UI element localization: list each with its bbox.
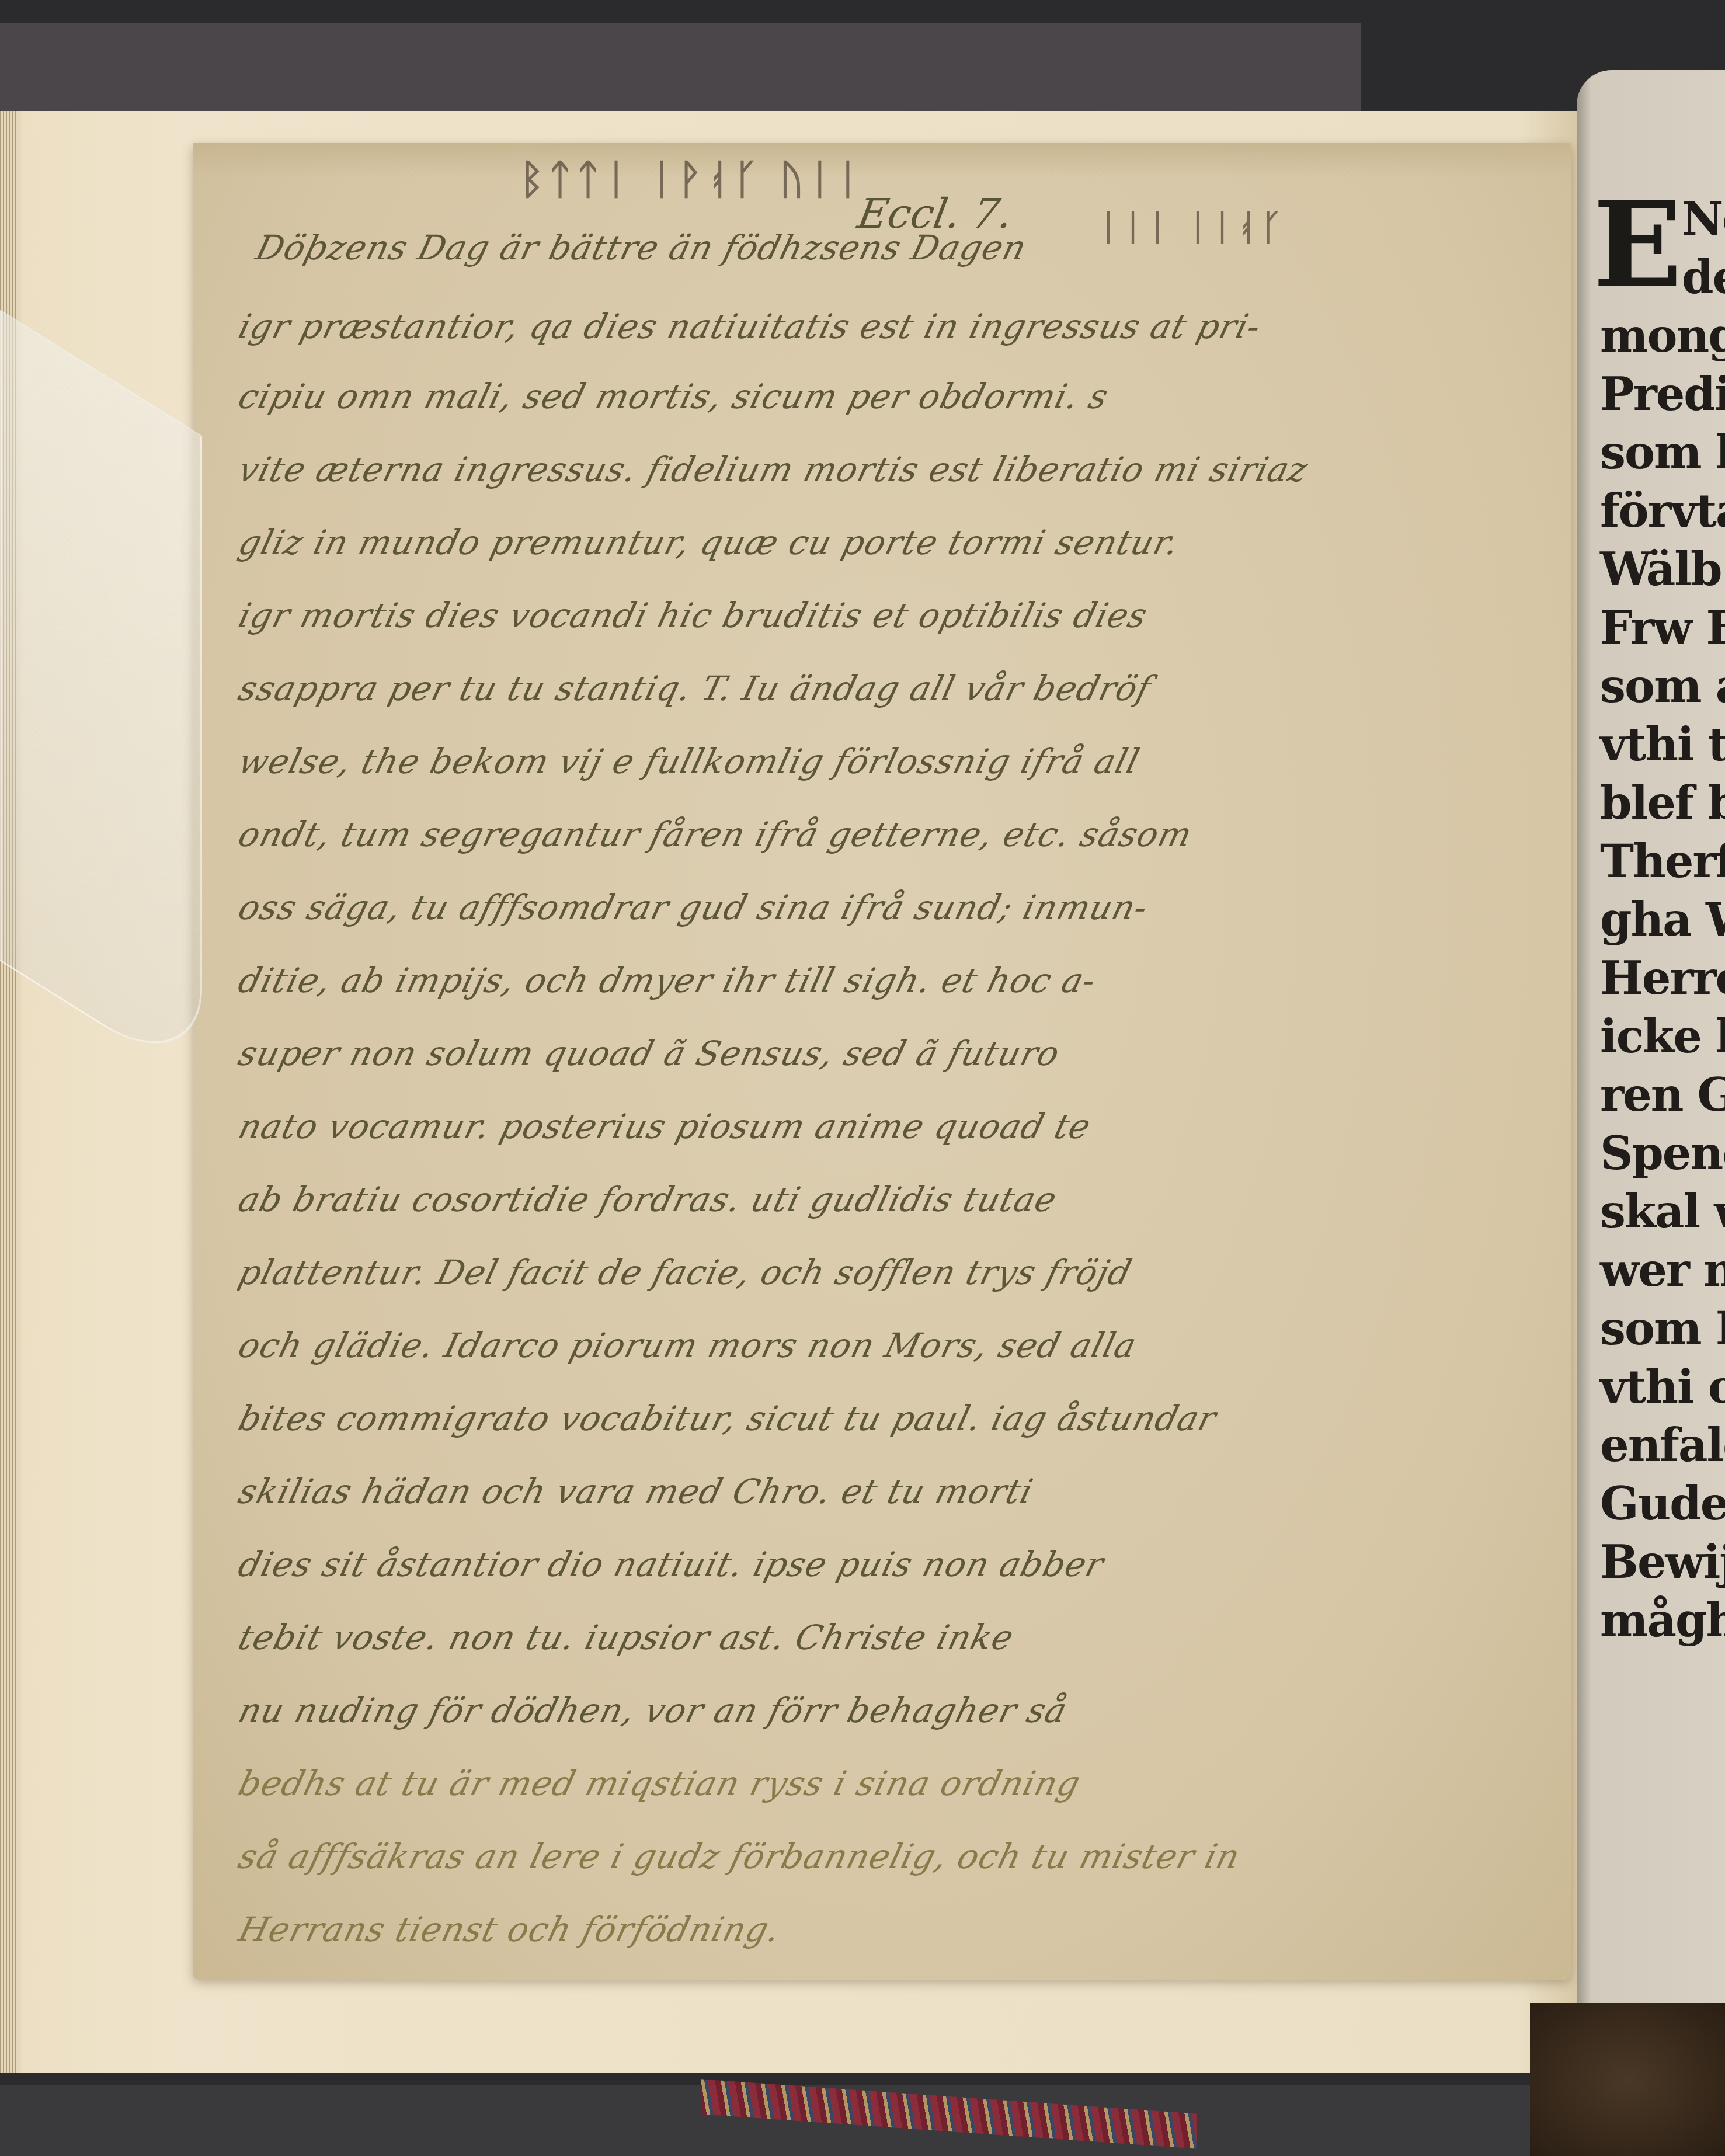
fraktur-line-22: enfaldig	[1600, 1419, 1725, 1472]
manuscript-line-20: tebit voste. non tu. iupsior ast. Christ…	[235, 1621, 1540, 1654]
fraktur-line-16: ren Gud	[1600, 1069, 1725, 1122]
fraktur-line-18: skal war	[1600, 1185, 1725, 1239]
manuscript-line-6: igr mortis dies vocandi hic bruditis et …	[235, 599, 1540, 632]
fraktur-line-20: som En	[1600, 1302, 1725, 1355]
fraktur-line-4: Prediknin	[1600, 368, 1725, 421]
transparent-page-clip	[0, 310, 202, 1087]
manuscript-line-4: vite æterna ingressus. fidelium mortis e…	[235, 453, 1540, 486]
fraktur-line-3: monge Hö	[1600, 310, 1725, 363]
fraktur-line-15: icke kunn	[1600, 1010, 1725, 1063]
fraktur-line-6: förvtan:	[1600, 485, 1725, 538]
fraktur-line-7: Wälb: G	[1600, 543, 1725, 596]
fraktur-line-1: Nd	[1682, 193, 1725, 246]
fraktur-line-25: måghe b	[1600, 1594, 1725, 1647]
manuscript-line-7: ssappra per tu tu stantiq. T. Iu ändag a…	[235, 672, 1540, 705]
fraktur-line-23: Gudelig	[1600, 1477, 1725, 1531]
manuscript-line-10: oss säga, tu afffsomdrar gud sina ifrå s…	[235, 891, 1540, 924]
manuscript-line-13: nato vocamur. posterius piosum anime quo…	[235, 1110, 1540, 1143]
fraktur-line-12: Therföre	[1600, 835, 1725, 888]
fraktur-line-11: blef bedh	[1600, 777, 1725, 830]
manuscript-line-23: så afffsäkras an lere i gudz förbannelig…	[235, 1839, 1540, 1873]
leather-binding-corner	[1530, 2003, 1725, 2156]
fraktur-line-10: vthi then	[1600, 718, 1725, 771]
bleed-through-text-top: ᛒᛏᛏᛁ ᛁᚹᚮᚴ ᚢᛁᛁ	[520, 155, 864, 203]
fraktur-line-8: Frw BR	[1600, 601, 1725, 655]
manuscript-line-11: ditie, ab impijs, och dmyer ihr till sig…	[235, 964, 1540, 997]
manuscript-line-19: dies sit åstantior dio natiuit. ipse pui…	[235, 1548, 1540, 1581]
manuscript-line-5: gliz in mundo premuntur, quæ cu porte to…	[235, 526, 1540, 559]
fraktur-line-21: vthi offe	[1600, 1361, 1725, 1414]
facing-printed-page: E Nd der monge Hö Prediknin som lust h f…	[1577, 70, 1725, 2091]
fraktur-line-2: der	[1682, 251, 1725, 304]
manuscript-line-24: Herrans tienst och förfödning.	[235, 1912, 1540, 1946]
manuscript-line-2: igr præstantior, qa dies natiuitatis est…	[235, 310, 1540, 343]
fraktur-line-5: som lust h	[1600, 426, 1725, 479]
fraktur-line-24: Bewijs	[1600, 1536, 1725, 1589]
manuscript-line-12: super non solum quoad ã Sensus, sed ã fu…	[235, 1037, 1540, 1070]
water-stain	[193, 143, 1571, 178]
fraktur-line-17: Speneb	[1600, 1127, 1725, 1180]
manuscript-line-17: bites commigrato vocabitur, sicut tu pau…	[235, 1402, 1540, 1435]
manuscript-line-8: welse, the bekom vij e fullkomlig förlos…	[235, 745, 1540, 778]
manuscript-line-14: ab bratiu cosortidie fordras. uti gudlid…	[235, 1183, 1540, 1216]
fraktur-line-9: som aff nä	[1600, 660, 1725, 713]
fraktur-line-13: gha Wäl	[1600, 893, 1725, 947]
manuscript-line-15: plattentur. Del facit de facie, och soff…	[235, 1256, 1540, 1289]
fraktur-line-19: wer med	[1600, 1244, 1725, 1297]
manuscript-line-1: Döþzens Dag är bättre än födhzsens Dagen	[253, 231, 1540, 265]
manuscript-line-21: nu nuding för dödhen, vor an förr behagh…	[235, 1693, 1540, 1727]
pasted-manuscript-sheet: ᛒᛏᛏᛁ ᛁᚹᚮᚴ ᚢᛁᛁ ᛁᛁᛁ ᛁᛁᚮᚴ Eccl. 7. Döþzens …	[193, 143, 1571, 1980]
manuscript-line-9: ondt, tum segregantur fåren ifrå gettern…	[235, 818, 1540, 851]
manuscript-line-16: och glädie. Idarco piorum mors non Mors,…	[235, 1329, 1540, 1362]
manuscript-line-18: skilias hädan och vara med Chro. et tu m…	[235, 1475, 1540, 1508]
decorated-initial: E	[1593, 187, 1681, 304]
fraktur-line-14: Herre så	[1600, 952, 1725, 1005]
manuscript-line-3: cipiu omn mali, sed mortis, sicum per ob…	[235, 380, 1540, 413]
manuscript-line-22: bedhs at tu är med miqstian ryss i sina …	[235, 1766, 1540, 1800]
